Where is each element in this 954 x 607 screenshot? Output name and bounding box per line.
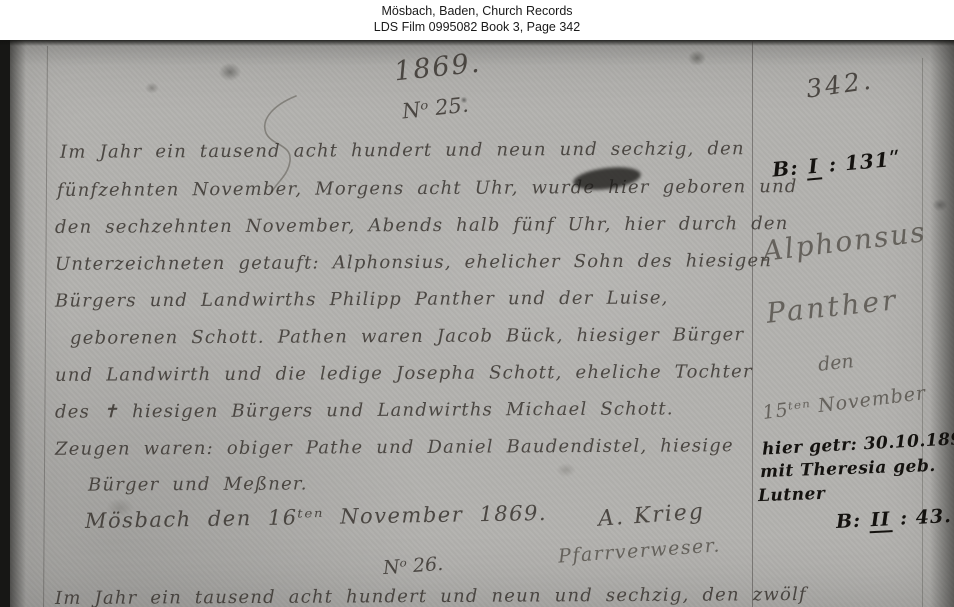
record-body-line: Bürger und Meßner. (88, 473, 308, 495)
reference-roman-numeral: I (805, 153, 822, 180)
record-year: 1869. (393, 48, 483, 88)
film-edge-left-fade (10, 40, 26, 607)
reference-book-letter: B: (836, 510, 862, 533)
marriage-note-line3: Lutner (758, 484, 826, 506)
page-number: 342. (804, 65, 875, 103)
marriage-note-line2: mit Theresia geb. (760, 456, 936, 482)
signature-title: Pfarrverweser. (557, 534, 721, 567)
reference-book-letter: B: (771, 155, 799, 181)
register-reference-top: B: I : 131ʺ (771, 146, 902, 181)
reference-page: : 131ʺ (828, 146, 902, 176)
record-body-line: und Landwirth und die ledige Josepha Sch… (55, 361, 753, 386)
record-body-line: geborenen Schott. Pathen waren Jacob Büc… (70, 324, 744, 349)
record-body-line: fünfzehnten November, Morgens acht Uhr, … (57, 176, 798, 201)
signature: A. Krieg (597, 499, 705, 531)
next-entry-number: Nᵒ 26. (382, 553, 444, 579)
place-date-line: Mösbach den 16ᵗᵉⁿ November 1869. (85, 501, 547, 533)
reference-page: : 43. (900, 505, 953, 530)
margin-date-line: 15ᵗᵉⁿ November (761, 382, 927, 424)
reference-roman-numeral: II (868, 508, 893, 533)
screenshot-root: Mösbach, Baden, Church Records LDS Film … (0, 0, 954, 607)
next-entry-first-line: Im Jahr ein tausend acht hundert und neu… (55, 584, 807, 607)
record-body-line: Zeugen waren: obiger Pathe und Daniel Ba… (55, 435, 734, 460)
record-body-line: Unterzeichneten getauft: Alphonsius, ehe… (55, 250, 772, 275)
film-edge-left (0, 40, 10, 607)
church-record-scan: 1869. Nᵒ 25. Im Jahr ein tausend acht hu… (0, 40, 954, 607)
column-divider-line (752, 40, 753, 607)
record-body-line: den sechzehnten November, Abends halb fü… (55, 213, 789, 238)
entry-number: Nᵒ 25. (401, 93, 470, 124)
record-body-line: Bürgers und Landwirths Philipp Panther u… (55, 287, 669, 311)
margin-rule-line (43, 46, 48, 607)
margin-date-word: den (817, 350, 855, 376)
caption: Mösbach, Baden, Church Records LDS Film … (0, 0, 954, 40)
caption-line-1: Mösbach, Baden, Church Records (0, 0, 954, 19)
film-edge-top (0, 40, 954, 46)
margin-name-last: Panther (765, 283, 900, 330)
record-body-line: des ✝ hiesigen Bürgers und Landwirths Mi… (55, 398, 674, 422)
record-body-line: Im Jahr ein tausend acht hundert und neu… (60, 138, 745, 163)
caption-line-2: LDS Film 0995082 Book 3, Page 342 (0, 19, 954, 35)
marriage-note-line1: hier getr: 30.10.1898 (762, 428, 954, 459)
